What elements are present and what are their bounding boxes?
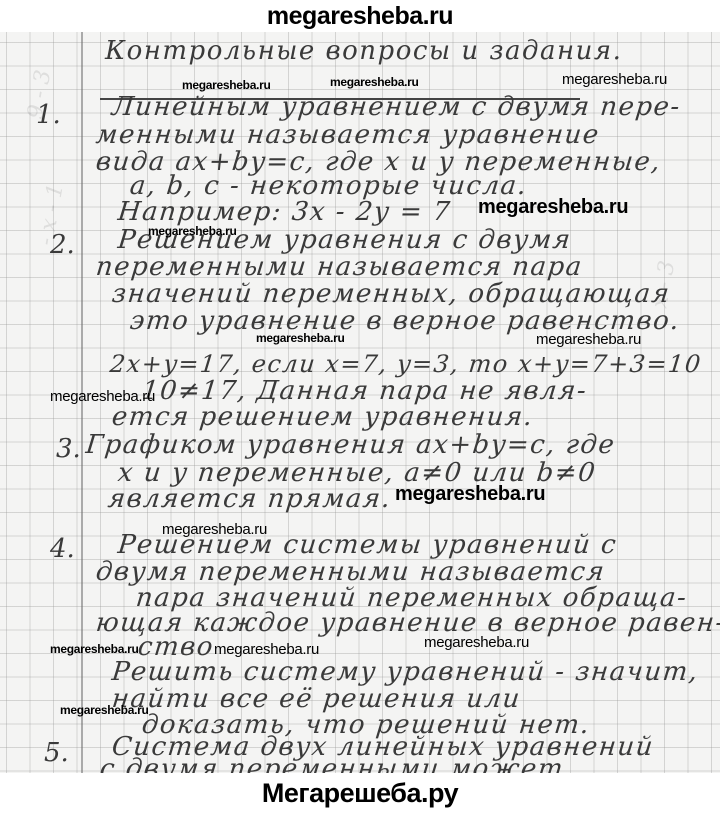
watermark: megaresheba.ru xyxy=(424,635,529,650)
answer-line: Графиком уравнения ax+by=c, где xyxy=(84,430,616,460)
answer-line: Линейным уравнением с двумя пере- xyxy=(110,92,682,122)
answer-line: с двумя переменными может xyxy=(98,754,565,773)
answer-line: переменными называется пара xyxy=(94,252,584,282)
watermark: megaresheba.ru xyxy=(562,72,667,87)
site-footer-watermark: Мегарешеба.ру xyxy=(0,773,720,813)
watermark: megaresheba.ru xyxy=(214,642,319,657)
watermark: megaresheba.ru xyxy=(50,389,155,404)
item-number: 1. xyxy=(36,100,61,130)
item-number: 4. xyxy=(50,534,75,564)
watermark: megaresheba.ru xyxy=(148,225,237,237)
watermark: megaresheba.ru xyxy=(162,522,267,537)
item-number: 5. xyxy=(44,738,69,768)
answer-line: значений переменных, обращающая xyxy=(110,279,671,309)
answer-line: менными называется уравнение xyxy=(94,120,601,150)
watermark: megaresheba.ru xyxy=(60,704,149,716)
answer-line: является прямая. xyxy=(106,484,392,514)
watermark: megaresheba.ru xyxy=(330,76,419,88)
watermark: megaresheba.ru xyxy=(182,79,271,91)
watermark: megaresheba.ru xyxy=(395,484,545,504)
watermark: megaresheba.ru xyxy=(478,197,628,217)
watermark: megaresheba.ru xyxy=(50,643,139,655)
watermark: megaresheba.ru xyxy=(256,332,345,344)
answer-line: ется решением уравнения. xyxy=(110,402,535,432)
item-number: 2. xyxy=(50,230,75,260)
site-header-watermark: megaresheba.ru xyxy=(0,0,720,32)
answer-line: Например: 3x - 2y = 7 xyxy=(116,197,452,227)
answer-line: Решить систему уравнений - значит, xyxy=(110,657,700,687)
answer-line: 2x+y=17, если x=7, y=3, то x+y=7+3=10 xyxy=(109,350,704,378)
page-title: Контрольные вопросы и задания. xyxy=(105,36,622,66)
notebook-page: 9 - 3 - x - 1 x - 3 Контрольные вопросы … xyxy=(0,32,720,773)
watermark: megaresheba.ru xyxy=(536,332,641,347)
item-number: 3. xyxy=(56,434,81,464)
